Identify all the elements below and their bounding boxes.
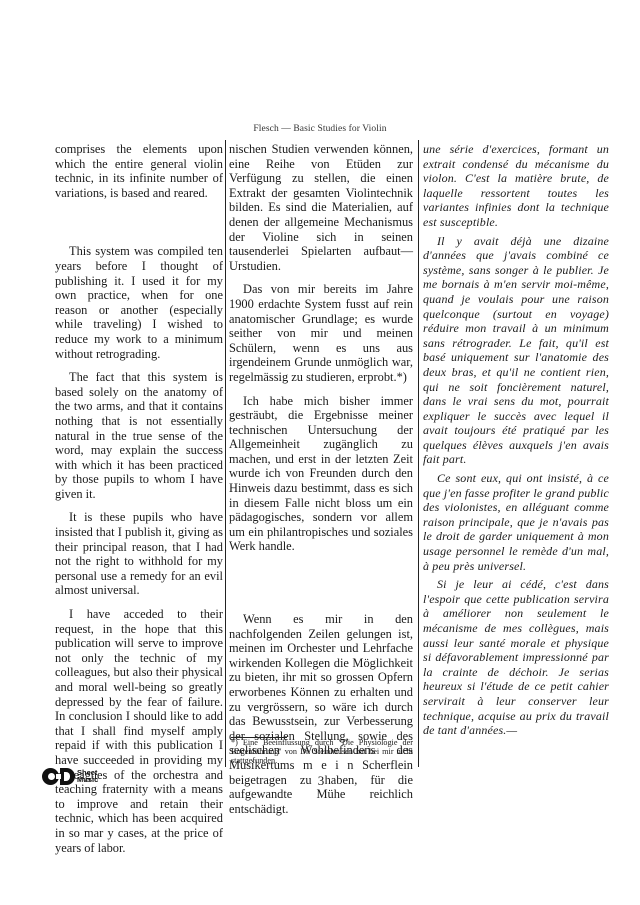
- column-divider-right: [418, 140, 419, 767]
- english-paragraph-3: The fact that this system is based solel…: [55, 370, 223, 501]
- column-divider-left: [225, 140, 226, 767]
- english-paragraph-4: It is these pupils who have insisted tha…: [55, 510, 223, 598]
- french-paragraph-1: une série d'exercices, formant un extrai…: [423, 142, 609, 230]
- french-paragraph-3: Ce sont eux, qui ont insisté, à ce que j…: [423, 471, 609, 573]
- german-column: nischen Studien verwenden können, eine R…: [229, 142, 413, 816]
- french-paragraph-2: Il y avait déjà une dizaine d'années que…: [423, 234, 609, 468]
- running-header: Flesch — Basic Studies for Violin: [0, 124, 640, 134]
- footnote: *) Eine Beeinflussung durch "Die Physiol…: [231, 739, 413, 765]
- german-paragraph-3: Ich habe mich bisher immer gesträubt, di…: [229, 394, 413, 555]
- german-paragraph-1: nischen Studien verwenden können, eine R…: [229, 142, 413, 273]
- cd-sheet-music-logo: Sheet Music: [42, 766, 98, 786]
- logo-text-line2: Music: [77, 775, 98, 784]
- english-paragraph-5: I have acceded to their request, in the …: [55, 607, 223, 855]
- english-column: comprises the elements upon which the en…: [55, 142, 223, 855]
- logo-c-disc-icon: [42, 768, 59, 785]
- german-paragraph-2: Das von mir bereits im Jahre 1900 erdach…: [229, 282, 413, 384]
- logo-d-letter-icon: [60, 768, 75, 785]
- logo-text: Sheet Music: [77, 769, 98, 784]
- french-column: une série d'exercices, formant un extrai…: [423, 142, 609, 738]
- french-paragraph-4: Si je leur ai cédé, c'est dans l'espoir …: [423, 577, 609, 738]
- page-number: 3: [311, 773, 331, 789]
- english-paragraph-1: comprises the elements upon which the en…: [55, 142, 223, 200]
- english-paragraph-2: This system was compiled ten years befor…: [55, 244, 223, 361]
